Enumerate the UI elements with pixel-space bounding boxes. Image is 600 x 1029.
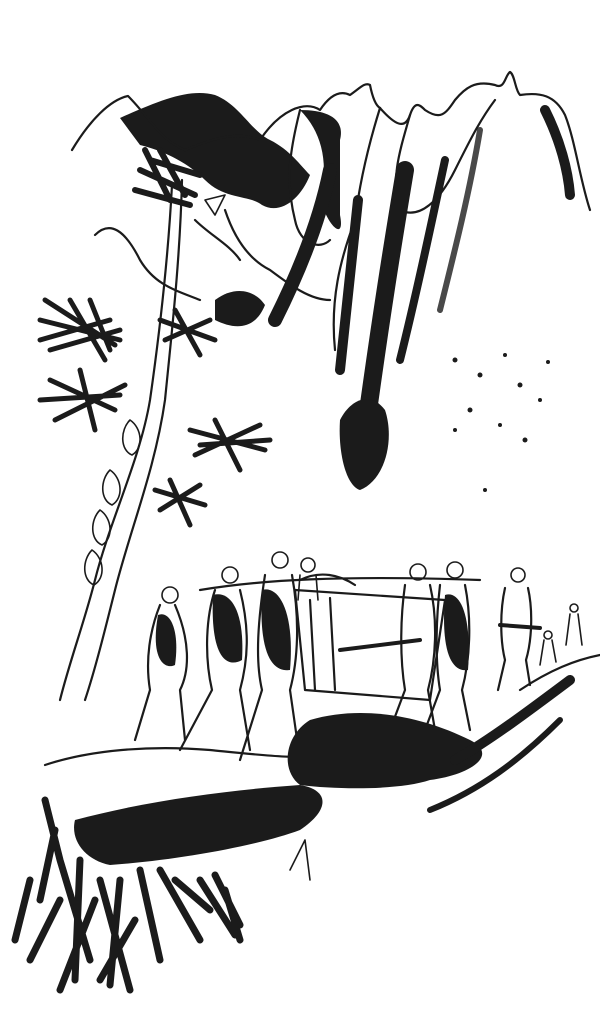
figure: [540, 631, 556, 665]
figure: [566, 604, 582, 645]
ink-illustration: [0, 0, 600, 1029]
falling-leaves: [453, 353, 551, 492]
mountain-path: [45, 655, 600, 880]
mountain-range: [72, 72, 590, 490]
figure: [425, 562, 470, 730]
figure: [135, 587, 187, 740]
figure: [390, 564, 435, 730]
figure: [498, 568, 540, 690]
figure: [180, 567, 250, 750]
